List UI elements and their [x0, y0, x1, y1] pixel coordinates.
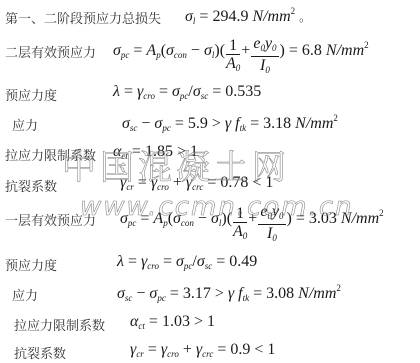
label: 预应力度 — [5, 255, 57, 274]
equation: σsc − σpc = 3.17 > γ ftk = 3.08 N/mm2 — [117, 283, 341, 303]
label: 应力 — [12, 285, 38, 304]
label: 预应力度 — [5, 85, 57, 104]
equation: σpc = Ap(σcon − σl)(1A0+e0y0I0) = 6.8 N/… — [113, 30, 369, 73]
label: 拉应力限制系数 — [14, 315, 105, 334]
equation: σpc = Ap(σcon − σl)(1A0+e0y0I0) = 3.03 N… — [120, 198, 384, 241]
label: 一层有效预应力 — [5, 210, 96, 229]
label: 抗裂系数 — [14, 343, 66, 362]
label: 抗裂系数 — [5, 176, 57, 195]
equation: γcr = γcro + γcrc = 0.9 < 1 — [130, 341, 275, 359]
equation: λ = γcro = σpc/σsc = 0.49 — [117, 253, 257, 271]
label: 拉应力限制系数 — [5, 145, 96, 164]
equation: σl = 294.9 N/mm2 。 — [185, 6, 311, 26]
label: 第一、二阶段预应力总损失 — [5, 8, 161, 27]
equation: σsc − σpc = 5.9 > γ ftk = 3.18 N/mm2 — [122, 113, 338, 133]
equation: λ = γcro = σpc/σsc = 0.535 — [113, 83, 261, 101]
equation: αct = 1.03 > 1 — [130, 313, 215, 331]
label: 应力 — [12, 115, 38, 134]
equation: αct = 1.85 > 1 — [113, 143, 198, 161]
label: 二层有效预应力 — [5, 42, 96, 61]
equation: γcr = γcro + γcrc = 0.78 < 1 — [120, 174, 273, 192]
